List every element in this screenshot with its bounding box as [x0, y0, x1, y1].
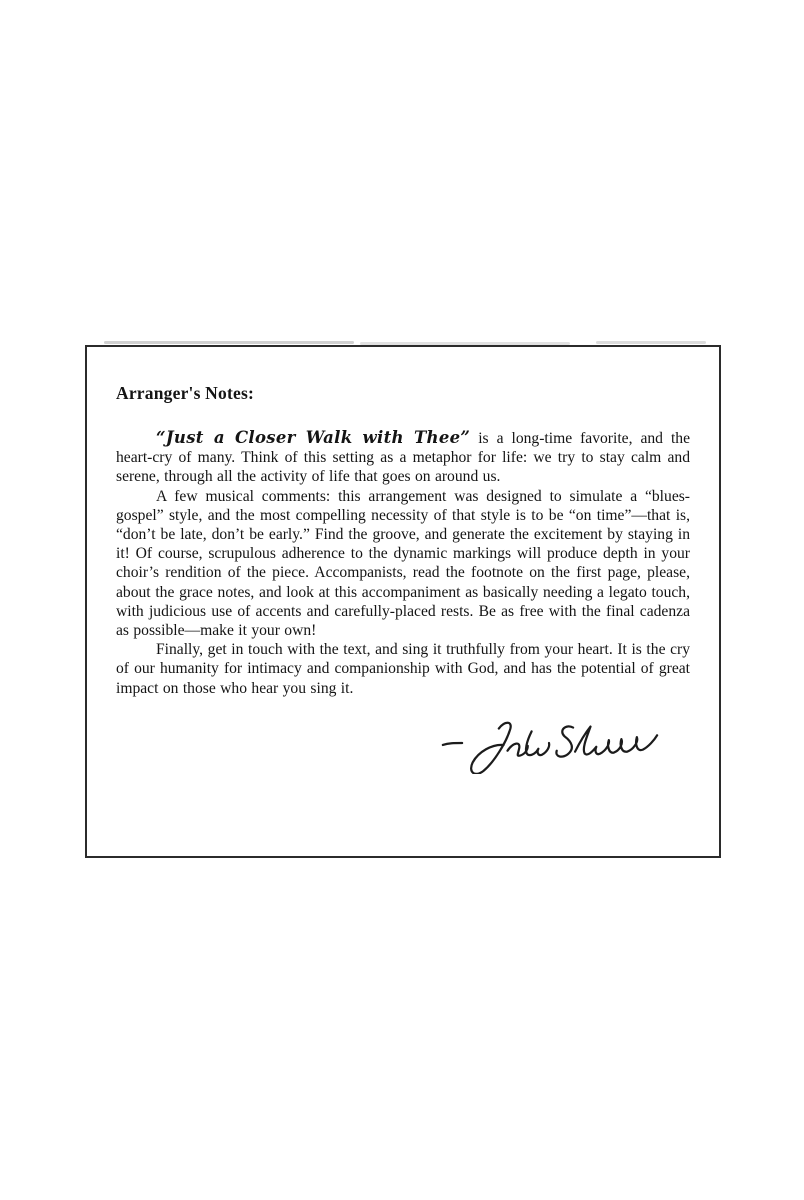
paragraph-musical-comments: A few musical comments: this arrangement… — [116, 487, 690, 641]
scan-artifact-streak — [104, 341, 354, 344]
arrangers-notes-title: Arranger's Notes: — [116, 383, 690, 404]
scan-artifact-streak — [596, 341, 706, 344]
song-title-phrase: “Just a Closer Walk with Thee” — [156, 428, 470, 447]
scanned-document-page: Arranger's Notes: “Just a Closer Walk wi… — [0, 0, 804, 1200]
signature-row: — Jack Schrader — [116, 712, 690, 774]
arrangers-notes-box: Arranger's Notes: “Just a Closer Walk wi… — [85, 345, 721, 858]
paragraph-intro: “Just a Closer Walk with Thee” is a long… — [116, 428, 690, 487]
paragraph-closing: Finally, get in touch with the text, and… — [116, 640, 690, 698]
signature-jack-schrader — [438, 712, 660, 774]
